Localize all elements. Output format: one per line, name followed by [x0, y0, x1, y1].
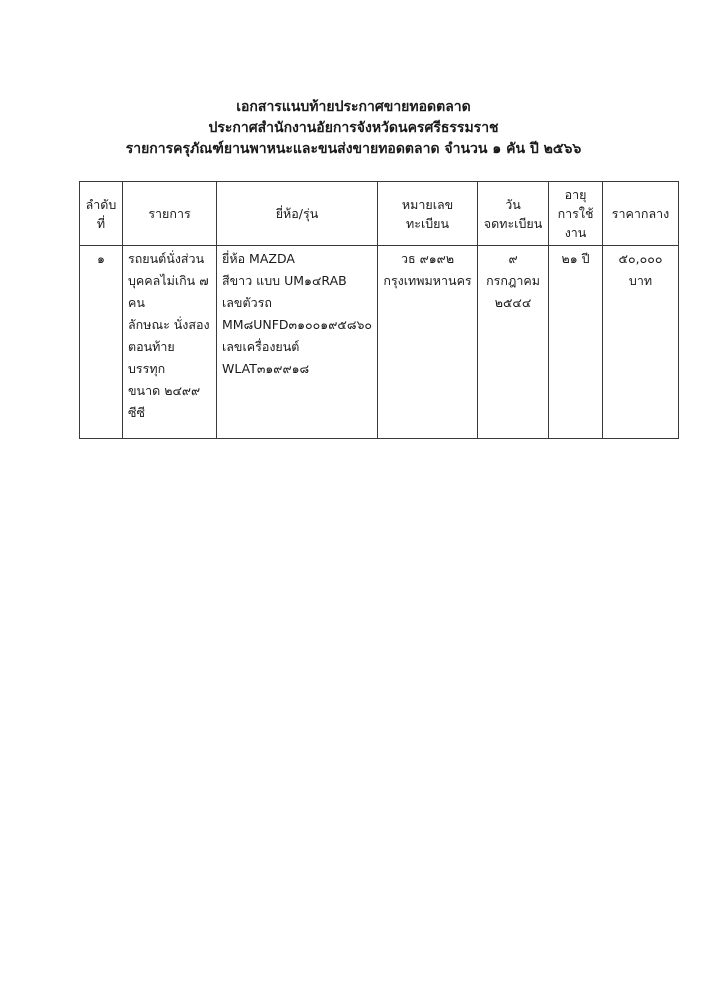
header-price: ราคากลาง [603, 182, 679, 246]
cell-no: ๑ [80, 246, 123, 439]
table-row: ๑ รถยนต์นั่งส่วน บุคคลไม่เกิน ๗ คน ลักษณ… [80, 246, 679, 439]
title-line-2: ประกาศสำนักงานอัยการจังหวัดนครศรีธรรมราช [0, 118, 707, 139]
header-no: ลำดับ ที่ [80, 182, 123, 246]
cell-reg-date: ๙ กรกฎาคม ๒๕๔๔ [478, 246, 549, 439]
title-line-3: รายการครุภัณฑ์ยานพาหนะและขนส่งขายทอดตลาด… [0, 139, 707, 160]
header-brand-model: ยี่ห้อ/รุ่น [217, 182, 378, 246]
cell-age: ๒๑ ปี [549, 246, 603, 439]
cell-plate: วธ ๙๑๙๒ กรุงเทพมหานคร [378, 246, 478, 439]
document-title: เอกสารแนบท้ายประกาศขายทอดตลาด ประกาศสำนั… [0, 97, 707, 160]
header-item: รายการ [123, 182, 217, 246]
header-age: อายุ การใช้ งาน [549, 182, 603, 246]
title-line-1: เอกสารแนบท้ายประกาศขายทอดตลาด [0, 97, 707, 118]
cell-item: รถยนต์นั่งส่วน บุคคลไม่เกิน ๗ คน ลักษณะ … [123, 246, 217, 439]
header-reg-date: วัน จดทะเบียน [478, 182, 549, 246]
cell-brand-model: ยี่ห้อ MAZDA สีขาว แบบ UM๑๔RAB เลขตัวรถ … [217, 246, 378, 439]
header-plate: หมายเลข ทะเบียน [378, 182, 478, 246]
table-header-row: ลำดับ ที่ รายการ ยี่ห้อ/รุ่น หมายเลข ทะเ… [80, 182, 679, 246]
cell-price: ๕๐,๐๐๐ บาท [603, 246, 679, 439]
asset-table: ลำดับ ที่ รายการ ยี่ห้อ/รุ่น หมายเลข ทะเ… [79, 181, 679, 439]
